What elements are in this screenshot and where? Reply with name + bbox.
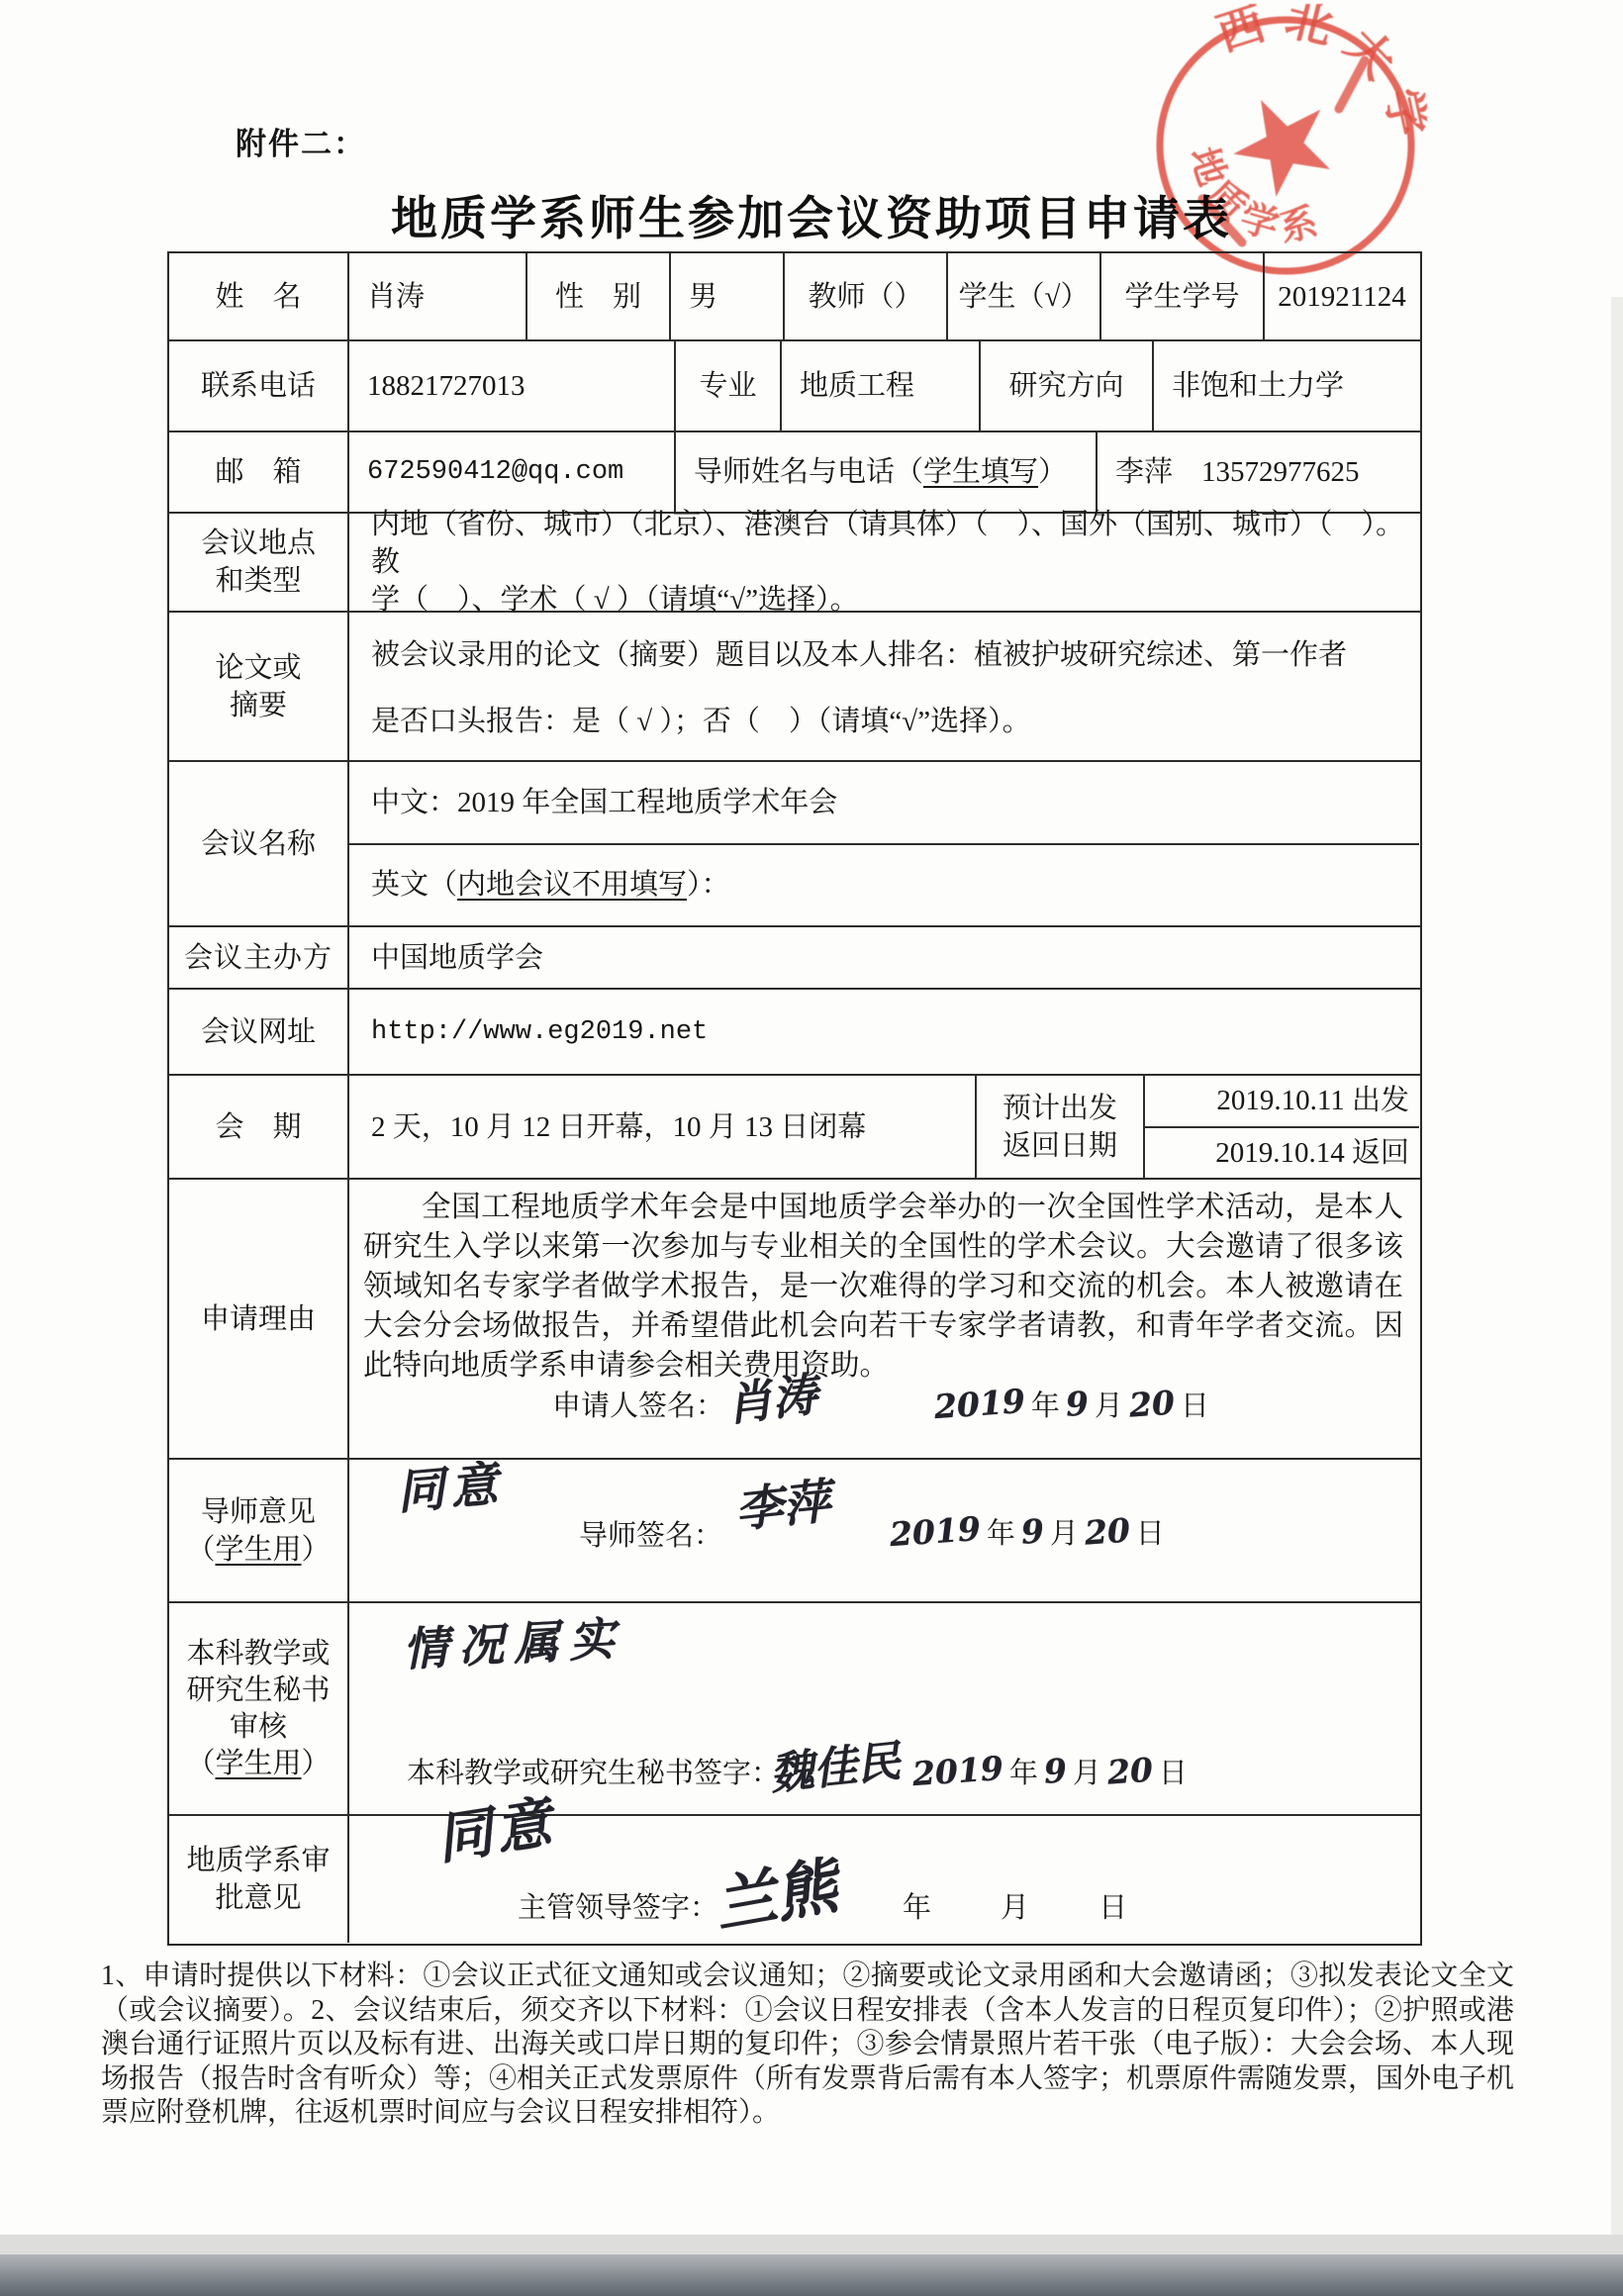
advisor-label-suffix: ） [1038,453,1067,491]
applicant-date-month: 9 [1065,1385,1091,1424]
website-value: http://www.eg2019.net [347,990,1419,1074]
advisor-opinion-label: 导师意见 （学生用） [169,1460,347,1601]
secretary-comment-handwriting: 情况属实 [402,1619,625,1669]
leader-signature-handwriting: 兰熊 [713,1867,840,1926]
secretary-date: 2019 年 9 月 20 日 [907,1753,1188,1792]
attachment-label: 附件二： [236,119,366,163]
paper-label-line1: 论文或 [215,649,301,687]
month-char: 月 [1001,1889,1029,1927]
major-value: 地质工程 [780,341,979,430]
paren-open: （ [186,1534,215,1566]
department-approval-content: 同意 主管领导签字： 兰熊 年 月 日 [347,1816,1419,1943]
table-row-secretary-review: 本科教学或 研究生秘书 审核 （学生用） 情况属实 本科教学或研究生秘书签字： … [169,1601,1420,1814]
secretary-label-line3: 审核 [230,1709,287,1746]
table-row-phone: 联系电话 18821727013 专业 地质工程 研究方向 非饱和土力学 [169,339,1420,430]
year-char: 年 [903,1889,931,1927]
oral-report-line: 是否口头报告：是（ √ ）；否（ ）（请填“√”选择）。 [349,689,1419,755]
scan-edge-right [1611,297,1623,2237]
return-date: 2019.10.14 返回 [1145,1126,1419,1179]
advisor-label-underlined: 学生填写 [923,453,1038,491]
advisor-date: 2019 年 9 月 20 日 [884,1513,1165,1553]
depart-return-label: 预计出发 返回日期 [975,1076,1143,1178]
secretary-date-month: 9 [1043,1752,1069,1791]
session-value: 2 天，10 月 12 日开幕，10 月 13 日闭幕 [347,1076,975,1178]
secretary-date-year: 2019 [911,1750,1004,1793]
scan-edge-band-light [0,2235,1623,2254]
table-row-advisor-opinion: 导师意见 （学生用） 同意 导师签名： 李萍 2019 年 9 月 20 日 [169,1458,1420,1601]
advisor-label-prefix: 导师姓名与电话（ [694,453,923,491]
paren-open: （ [186,1748,215,1779]
session-label: 会 期 [169,1076,347,1178]
table-row-website: 会议网址 http://www.eg2019.net [169,988,1420,1074]
paren-close: ） [302,1534,331,1566]
name-label: 姓 名 [169,253,347,339]
secretary-date-day: 20 [1106,1751,1154,1791]
reason-paragraph: 全国工程地质学术年会是中国地质学会举办的一次全国性学术活动，是本人研究生入学以来… [349,1180,1419,1386]
table-row-organizer: 会议主办方 中国地质学会 [169,925,1420,988]
table-row-session: 会 期 2 天，10 月 12 日开幕，10 月 13 日闭幕 预计出发 返回日… [169,1074,1420,1178]
location-line1: 内地（省份、城市）（北京）、港澳台（请具体）（ ）、国外（国别、城市）（ ）。教 [349,506,1419,581]
student-use-underlined: 学生用 [215,1534,301,1566]
conference-name-cn: 中文：2019 年全国工程地质学术年会 [349,762,1419,843]
secretary-label-line4: （学生用） [186,1746,330,1782]
student-use-underlined: 学生用 [215,1748,301,1779]
table-row-email: 邮 箱 672590412@qq.com 导师姓名与电话（学生填写） 李萍 13… [169,430,1420,512]
major-label: 专业 [674,341,780,430]
day-char: 日 [1136,1515,1165,1553]
depart-return-label-line1: 预计出发 [1002,1090,1117,1127]
table-row-paper-abstract: 论文或 摘要 被会议录用的论文（摘要）题目以及本人排名：植被护坡研究综述、第一作… [169,611,1420,760]
advisor-date-month: 9 [1020,1512,1046,1552]
organizer-label: 会议主办方 [169,927,347,988]
table-row-reason: 申请理由 全国工程地质学术年会是中国地质学会举办的一次全国性学术活动，是本人研究… [169,1178,1420,1458]
paper-label-line2: 摘要 [230,687,287,724]
application-form-table: 姓 名 肖涛 性 别 男 教师（） 学生（√） 学生学号 201921124 联… [167,251,1422,1946]
gender-label: 性 别 [525,253,669,339]
applicant-date-year: 2019 [933,1383,1026,1426]
depart-date: 2019.10.11 出发 [1145,1076,1419,1126]
location-type-content: 内地（省份、城市）（北京）、港澳台（请具体）（ ）、国外（国别、城市）（ ）。教… [347,514,1419,611]
secretary-sign-line: 本科教学或研究生秘书签字： 魏佳民 2019 年 9 月 20 日 [407,1753,1188,1792]
conference-en-prefix: 英文（ [371,866,457,904]
advisor-date-day: 20 [1084,1511,1131,1552]
secretary-review-content: 情况属实 本科教学或研究生秘书签字： 魏佳民 2019 年 9 月 20 日 [347,1603,1419,1814]
student-id-value: 201921124 [1263,253,1419,339]
paren-close: ） [302,1748,331,1779]
secretary-sign-label: 本科教学或研究生秘书签字： [407,1755,780,1792]
organizer-value: 中国地质学会 [347,927,1419,988]
month-char: 月 [1095,1387,1123,1425]
email-value: 672590412@qq.com [347,432,674,512]
applicant-signature-handwriting: 肖涛 [724,1376,819,1424]
year-char: 年 [1009,1755,1038,1792]
paper-abstract-content: 被会议录用的论文（摘要）题目以及本人排名：植被护坡研究综述、第一作者 是否口头报… [347,613,1419,760]
advisor-sign-label: 导师签名： [579,1517,722,1555]
conference-en-underlined: 内地会议不用填写 [457,866,687,904]
location-type-label-line1: 会议地点 [201,525,316,562]
advisor-opinion-label-line2: （学生用） [186,1531,330,1569]
paper-title-line: 被会议录用的论文（摘要）题目以及本人排名：植被护坡研究综述、第一作者 [349,622,1419,689]
day-char: 日 [1159,1755,1188,1792]
student-option-checked: 学生（√） [946,253,1099,339]
table-row-location-type: 会议地点 和类型 内地（省份、城市）（北京）、港澳台（请具体）（ ）、国外（国别… [169,512,1420,611]
approval-label-line1: 地质学系审 [186,1842,330,1879]
applicant-date: 2019 年 9 月 20 日 [928,1386,1209,1425]
approval-label-line2: 批意见 [215,1879,301,1917]
year-char: 年 [987,1515,1015,1553]
applicant-sign-line: 申请人签名： 肖涛 2019 年 9 月 20 日 [552,1386,1419,1425]
leader-comment-handwriting: 同意 [434,1803,557,1859]
phone-value: 18821727013 [347,341,674,430]
conference-name-content: 中文：2019 年全国工程地质学术年会 英文（内地会议不用填写）： [347,762,1419,925]
leader-sign-label: 主管领导签字： [518,1889,718,1927]
table-row-department-approval: 地质学系审 批意见 同意 主管领导签字： 兰熊 年 月 日 [169,1814,1420,1943]
advisor-date-year: 2019 [889,1510,982,1554]
research-direction-label: 研究方向 [979,341,1152,430]
applicant-sign-label: 申请人签名： [552,1387,724,1425]
day-char: 日 [1098,1889,1127,1927]
footer-notes: 1、申请时提供以下材料：①会议正式征文通知或会议通知；②摘要或论文录用函和大会邀… [101,1960,1514,2131]
phone-label: 联系电话 [169,341,347,430]
reason-label: 申请理由 [169,1180,347,1458]
depart-return-label-line2: 返回日期 [1002,1127,1117,1165]
website-label: 会议网址 [169,990,347,1074]
email-label: 邮 箱 [169,432,347,512]
advisor-opinion-label-line1: 导师意见 [201,1493,316,1531]
month-char: 月 [1050,1515,1079,1553]
conference-en-suffix: ）： [687,866,730,904]
secretary-signature-handwriting: 魏佳民 [768,1743,902,1794]
department-approval-label: 地质学系审 批意见 [169,1816,347,1943]
conference-name-label: 会议名称 [169,762,347,925]
paper-abstract-label: 论文或 摘要 [169,613,347,760]
conference-name-en: 英文（内地会议不用填写）： [349,843,1419,926]
name-value: 肖涛 [347,253,525,339]
svg-text:西北大学: 西北大学 [1193,4,1427,173]
advisor-signature-handwriting: 李萍 [733,1483,831,1530]
secretary-review-label: 本科教学或 研究生秘书 审核 （学生用） [169,1603,347,1814]
month-char: 月 [1073,1755,1101,1792]
year-char: 年 [1031,1387,1060,1425]
student-id-label: 学生学号 [1099,253,1263,339]
scan-edge-band-dark [0,2254,1623,2296]
table-row-conference-name: 会议名称 中文：2019 年全国工程地质学术年会 英文（内地会议不用填写）： [169,760,1420,925]
advisor-value: 李萍 13572977625 [1096,432,1419,512]
seal-top-text: 西北大学 [1193,4,1427,173]
teacher-option: 教师（） [783,253,946,339]
advisor-label: 导师姓名与电话（学生填写） [674,432,1096,512]
secretary-label-line2: 研究生秘书 [186,1673,330,1709]
location-type-label: 会议地点 和类型 [169,514,347,611]
location-type-label-line2: 和类型 [215,562,301,600]
depart-return-dates: 2019.10.11 出发 2019.10.14 返回 [1143,1076,1419,1178]
reason-content: 全国工程地质学术年会是中国地质学会举办的一次全国性学术活动，是本人研究生入学以来… [347,1180,1419,1458]
table-row-name: 姓 名 肖涛 性 别 男 教师（） 学生（√） 学生学号 201921124 [169,253,1420,339]
advisor-opinion-content: 同意 导师签名： 李萍 2019 年 9 月 20 日 [347,1460,1419,1601]
secretary-label-line1: 本科教学或 [186,1636,330,1673]
leader-sign-line: 主管领导签字： 兰熊 年 月 日 [518,1889,1127,1927]
department-seal-stamp: 西北大学 地质学系 [1144,4,1427,287]
advisor-comment-handwriting: 同意 [396,1465,506,1511]
gender-value: 男 [669,253,783,339]
applicant-date-day: 20 [1128,1384,1176,1424]
research-direction-value: 非饱和土力学 [1152,341,1419,430]
scanned-application-form-page: 附件二： 地质学系师生参加会议资助项目申请表 西北大学 地质学系 姓 名 [0,0,1623,2296]
day-char: 日 [1181,1387,1209,1425]
